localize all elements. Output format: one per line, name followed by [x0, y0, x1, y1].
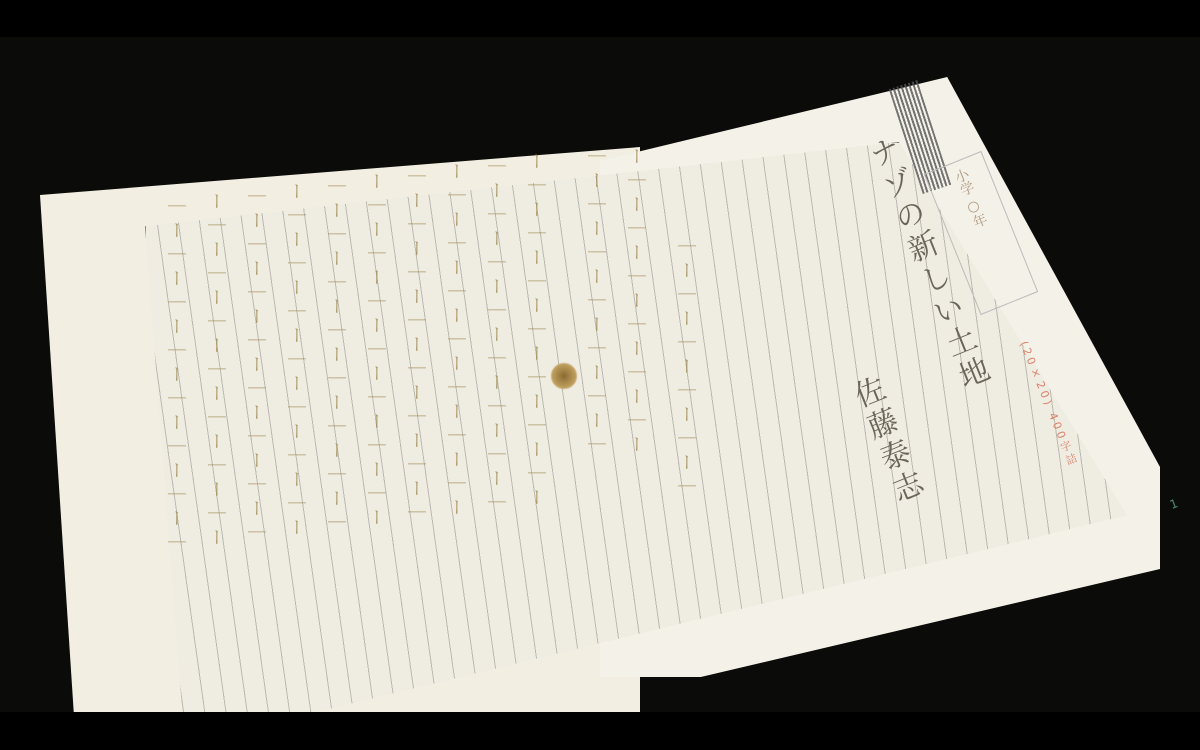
body-column: ｜ー｜ー｜ー｜ー｜ー｜ー｜ー｜: [330, 177, 348, 537]
body-column: ｜ー｜ー｜ー｜ー｜ー｜ー｜: [590, 147, 608, 459]
page-number: 1: [1168, 496, 1180, 512]
body-column: ｜ー｜ー｜ー｜ー｜ー｜ー｜ー｜: [250, 187, 268, 547]
letterbox-top: [0, 0, 1200, 37]
body-column: ｜ー｜ー｜ー｜ー｜ー｜ー｜ー｜: [490, 157, 508, 517]
body-column: ｜ー｜ー｜ー｜ー｜ー｜ー｜ー｜: [410, 167, 428, 527]
photo-scene: ｜ー｜ー｜ー｜ー｜ー｜ー｜ー｜ ー｜ー｜ー｜ー｜ー｜ー｜ー｜ー ｜ー｜ー｜ー｜ー…: [0, 37, 1200, 712]
body-column: ｜ー｜ー｜ー｜ー｜ー｜ー｜ー｜: [170, 197, 188, 557]
body-column: ー｜ー｜ー｜ー｜ー｜ー｜ー｜ー: [290, 182, 308, 542]
body-column: ー｜ー｜ー｜ー｜ー｜ー｜ー｜ー: [210, 192, 228, 552]
body-column: ー｜ー｜ー｜ー｜ー｜ー｜ー｜ー: [450, 162, 468, 522]
body-column: ー｜ー｜ー｜ー｜ー｜ー｜ー｜ー: [530, 152, 548, 512]
body-column: ｜ー｜ー｜ー｜ー｜ー｜: [680, 237, 698, 501]
ink-stain: [550, 362, 578, 390]
body-column: ー｜ー｜ー｜ー｜ー｜ー｜ー｜ー: [370, 172, 388, 532]
letterbox-bottom: [0, 712, 1200, 750]
body-column: ー｜ー｜ー｜ー｜ー｜ー｜ー: [630, 147, 648, 459]
